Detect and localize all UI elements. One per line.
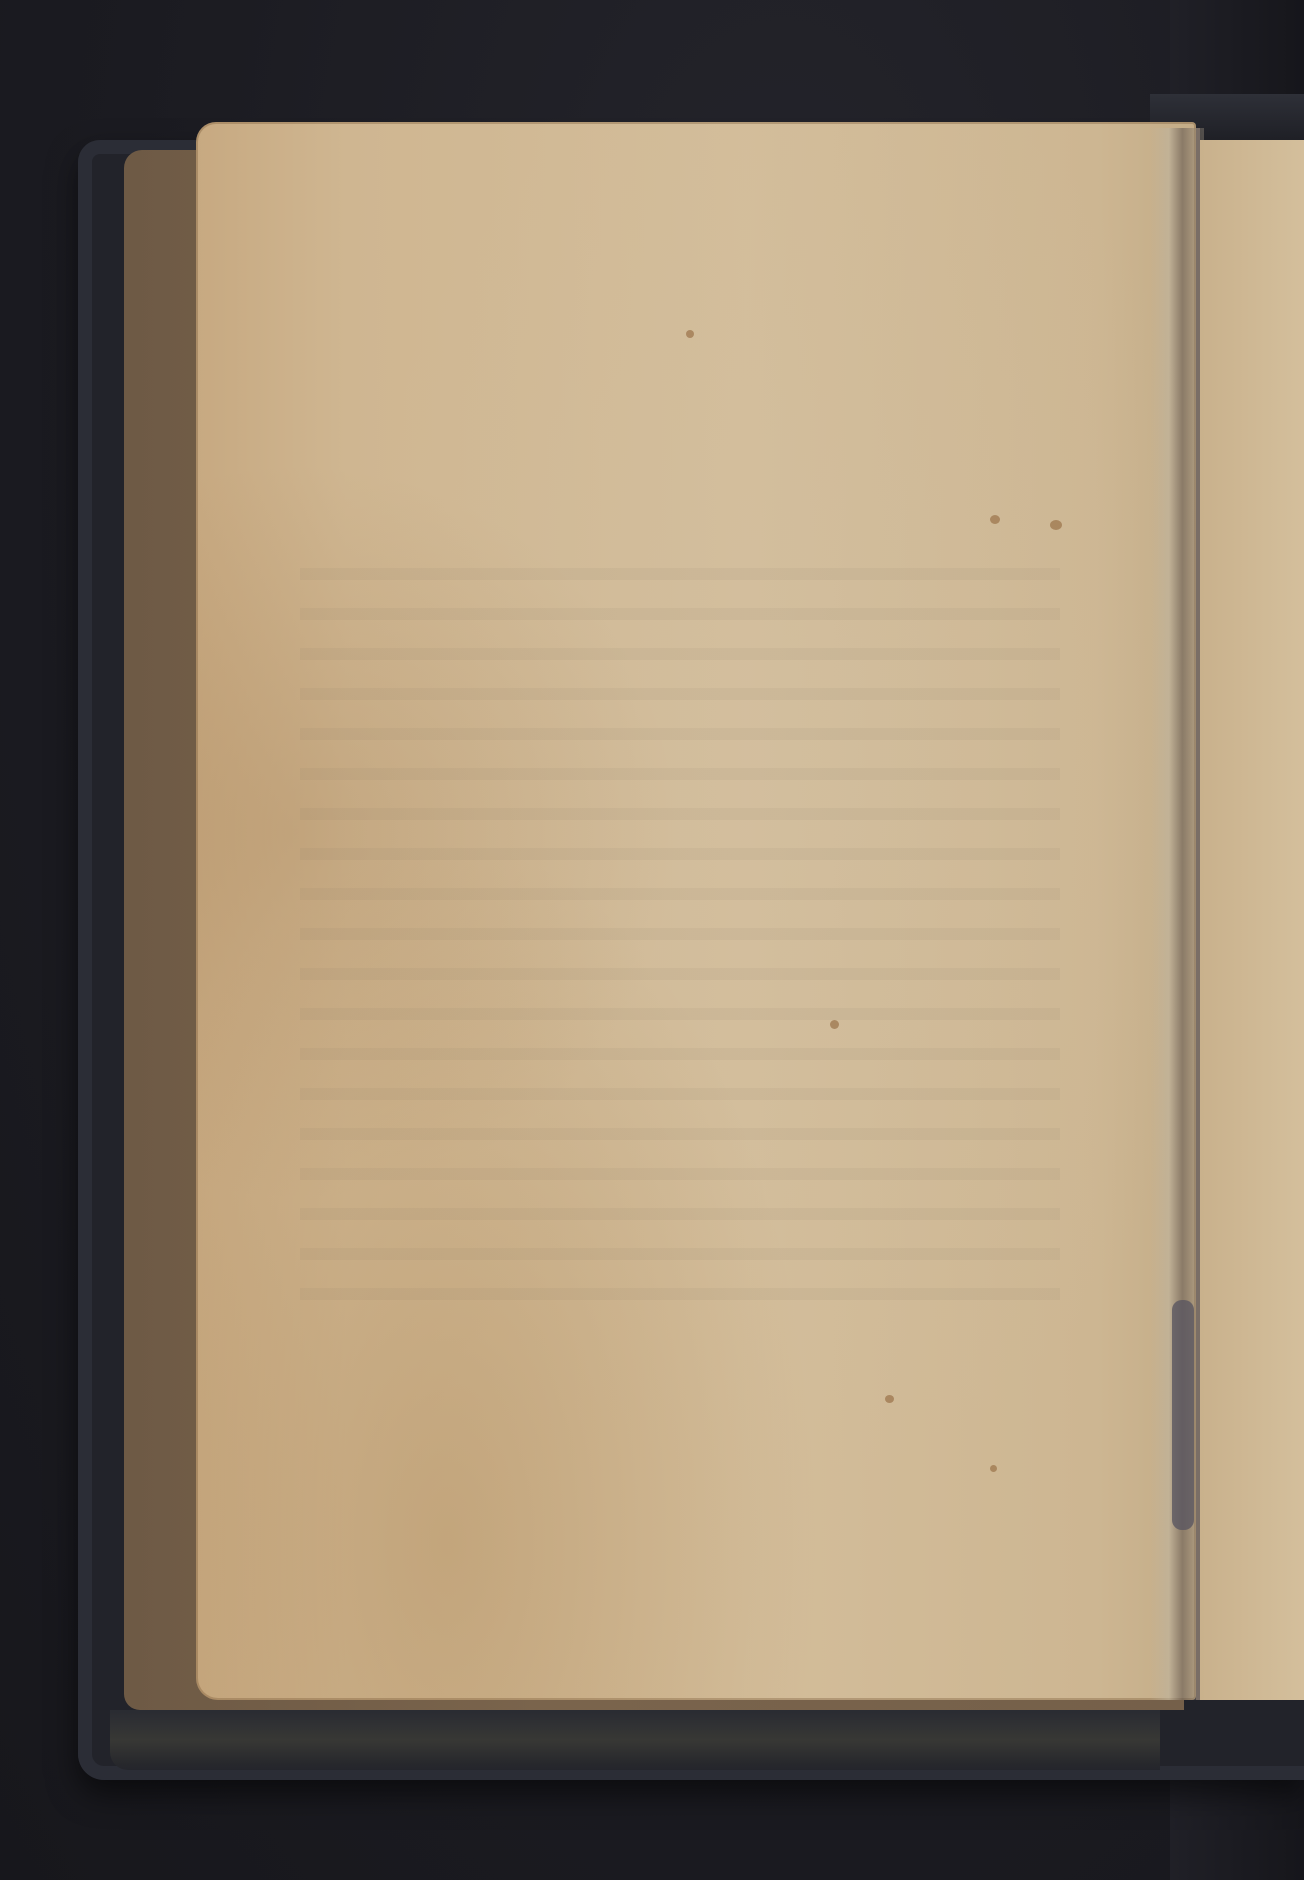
foxing-spot <box>686 330 694 338</box>
gutter-tear <box>1172 1300 1194 1530</box>
foxing-spot <box>990 1465 997 1472</box>
foxing-spot <box>885 1395 894 1403</box>
foxing-spot <box>990 515 1000 524</box>
foxing-spot <box>830 1020 839 1029</box>
cover-bottom-wear <box>110 1710 1160 1770</box>
show-through-text <box>300 540 1060 1320</box>
right-page-edge <box>1200 140 1304 1700</box>
foxing-spot <box>1050 520 1062 530</box>
